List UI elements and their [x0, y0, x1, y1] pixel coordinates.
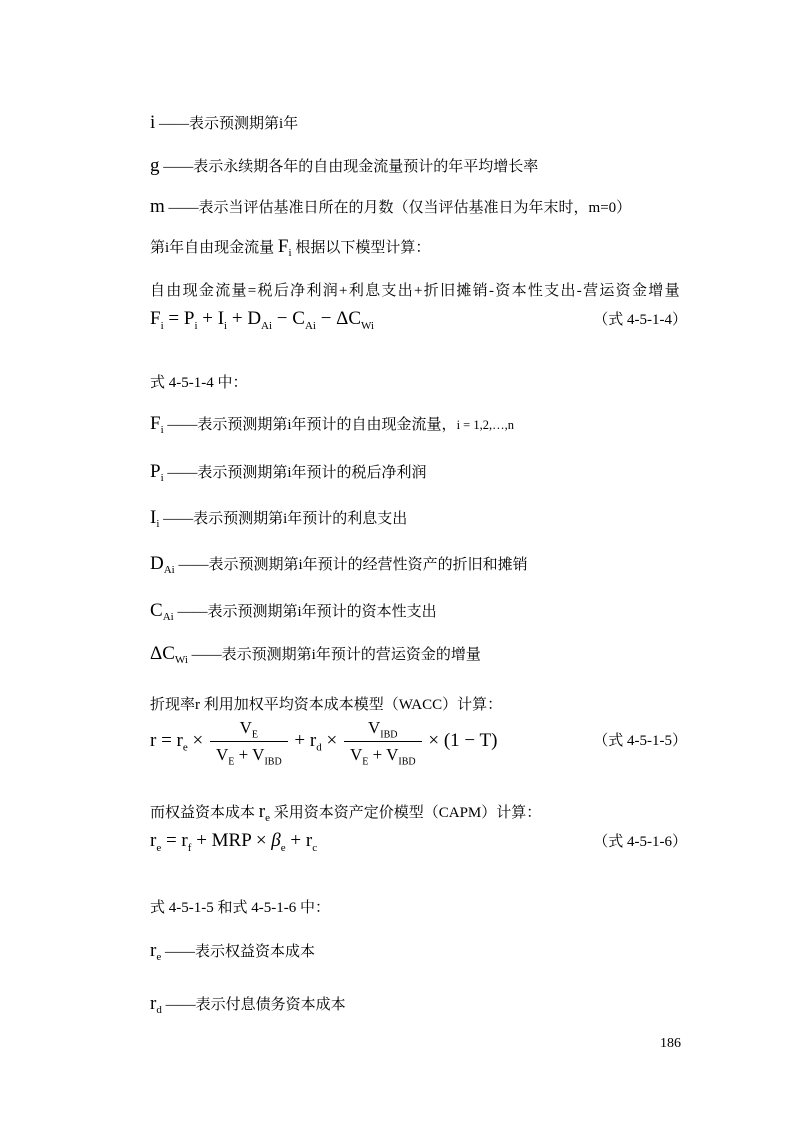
term-line-rd: rd ——表示付息债务资本成本: [150, 993, 687, 1016]
symbol: ΔC: [150, 643, 175, 664]
equation-label: （式 4-5-1-6）: [593, 831, 687, 853]
definition-text: ——表示预测期第i年预计的自由现金流量，: [164, 417, 457, 433]
symbol: P: [150, 461, 161, 482]
formula-term: + D: [227, 308, 261, 329]
formula-term: V: [252, 745, 264, 764]
formula-term: + I: [198, 308, 225, 329]
term-line-dCWi: ΔCWi ——表示预测期第i年预计的营运资金的增量: [150, 643, 687, 666]
intro-text: 折现率r 利用加权平均资本成本模型（WACC）计算：: [150, 697, 502, 713]
fraction-numerator: VIBD: [344, 717, 422, 742]
subscript: Wi: [361, 320, 374, 332]
equation-label: （式 4-5-1-4）: [593, 309, 687, 331]
definition-text: ——表示付息债务资本成本: [162, 997, 346, 1013]
symbol: F: [278, 236, 289, 257]
reference-text: 式 4-5-1-4 中：: [150, 375, 248, 391]
formula-4-5-1-4-reference-line: 式 4-5-1-4 中：: [150, 372, 687, 394]
definition-text: ——表示预测期第i年预计的税后净利润: [164, 465, 427, 481]
fraction-numerator: VE: [210, 717, 288, 742]
formula-expression: r = re × VEVE + VIBD + rd × VIBDVE + VIB…: [150, 717, 497, 766]
intro-text: 采用资本资产定价模型（CAPM）计算：: [270, 805, 541, 821]
symbol: F: [150, 413, 161, 434]
equation-label: （式 4-5-1-5）: [593, 730, 687, 752]
definition-text: ——表示权益资本成本: [161, 944, 315, 960]
plus-sign: +: [368, 745, 386, 764]
fcf-definition-line: 自由现金流量=税后净利润+利息支出+折旧摊销-资本性支出-营运资金增量: [150, 280, 687, 302]
index-range-text: i = 1,2,…,n: [457, 418, 514, 432]
formula-expression: Fi = Pi + Ii + DAi − CAi − ΔCWi: [150, 308, 374, 330]
definition-text: ——表示永续期各年的自由现金流量预计的年平均增长率: [160, 159, 539, 175]
term-line-Ii: Ii ——表示预测期第i年预计的利息支出: [150, 507, 687, 530]
document-page: i ——表示预测期第i年 g ——表示永续期各年的自由现金流量预计的年平均增长率…: [0, 0, 793, 1122]
definition-text: ——表示当评估基准日所在的月数（仅当评估基准日为年末时，m=0）: [165, 200, 631, 216]
subscript: Ai: [305, 320, 316, 332]
formula-term: r = r: [150, 729, 183, 750]
definition-text: ——表示预测期第i年预计的利息支出: [159, 511, 407, 527]
subscript: Ai: [261, 320, 272, 332]
subscript: Ai: [164, 564, 175, 576]
term-line-m: m ——表示当评估基准日所在的月数（仅当评估基准日为年末时，m=0）: [150, 196, 687, 219]
reference-text: 式 4-5-1-5 和式 4-5-1-6 中：: [150, 900, 330, 916]
definition-text: ——表示预测期第i年预计的营运资金的增量: [188, 647, 481, 663]
intro-text: 根据以下模型计算：: [292, 240, 431, 256]
term-line-i: i ——表示预测期第i年: [150, 112, 687, 135]
fcf-model-intro-line: 第i年自由现金流量 Fi 根据以下模型计算：: [150, 236, 687, 259]
subscript: IBD: [398, 756, 415, 767]
term-line-CAi: CAi ——表示预测期第i年预计的资本性支出: [150, 600, 687, 623]
term-line-g: g ——表示永续期各年的自由现金流量预计的年平均增长率: [150, 155, 687, 178]
symbol: g: [150, 155, 160, 176]
subscript: Ai: [163, 611, 174, 623]
formula-term: V: [216, 745, 228, 764]
multiply-sign: ×: [424, 729, 444, 750]
tax-factor-term: (1 − T): [444, 729, 498, 750]
term-line-Pi: Pi ——表示预测期第i年预计的税后净利润: [150, 461, 687, 484]
formula-term: = r: [161, 830, 188, 851]
symbol: D: [150, 553, 164, 574]
fraction-debt-weight: VIBDVE + VIBD: [344, 717, 422, 766]
formula-term: − ΔC: [316, 308, 361, 329]
intro-text: 而权益资本成本: [150, 805, 259, 821]
formula-term: + r: [290, 729, 317, 750]
plus-sign: +: [234, 745, 252, 764]
page-number: 186: [660, 1036, 681, 1052]
definition-text: ——表示预测期第i年: [155, 116, 298, 132]
capm-intro-line: 而权益资本成本 re 采用资本资产定价模型（CAPM）计算：: [150, 801, 687, 824]
fraction-denominator: VE + VIBD: [210, 742, 288, 766]
formula-expression: re = rf + MRP × βe + rc: [150, 830, 317, 852]
formula-term: − C: [272, 308, 305, 329]
subscript: c: [312, 842, 317, 854]
intro-text: 第i年自由现金流量: [150, 240, 278, 256]
formula-term: V: [350, 745, 362, 764]
fraction-equity-weight: VEVE + VIBD: [210, 717, 288, 766]
term-line-re: re ——表示权益资本成本: [150, 940, 687, 963]
symbol: C: [150, 600, 163, 621]
term-line-DAi: DAi ——表示预测期第i年预计的经营性资产的折旧和摊销: [150, 553, 687, 576]
term-line-Fi: Fi ——表示预测期第i年预计的自由现金流量，i = 1,2,…,n: [150, 413, 687, 436]
subscript: Wi: [175, 654, 188, 666]
formula-term: V: [386, 745, 398, 764]
definition-text: 自由现金流量=税后净利润+利息支出+折旧摊销-资本性支出-营运资金增量: [150, 283, 681, 299]
fraction-denominator: VE + VIBD: [344, 742, 422, 766]
formula-term: + r: [286, 830, 313, 851]
subscript: IBD: [380, 729, 397, 740]
formula-4-5-1-6: re = rf + MRP × βe + rc （式 4-5-1-6）: [150, 830, 687, 853]
formula-term: + MRP ×: [191, 830, 271, 851]
formula-term: F: [150, 308, 161, 329]
definition-text: ——表示预测期第i年预计的经营性资产的折旧和摊销: [175, 557, 528, 573]
symbol: m: [150, 196, 165, 217]
formula-term: V: [240, 718, 252, 737]
multiply-sign: ×: [188, 729, 208, 750]
formula-4-5-1-5: r = re × VEVE + VIBD + rd × VIBDVE + VIB…: [150, 712, 687, 770]
formula-term: = P: [164, 308, 195, 329]
multiply-sign: ×: [322, 729, 342, 750]
subscript: E: [252, 729, 258, 740]
formula-reference-line-5-6: 式 4-5-1-5 和式 4-5-1-6 中：: [150, 897, 687, 919]
formula-4-5-1-4: Fi = Pi + Ii + DAi − CAi − ΔCWi （式 4-5-1…: [150, 308, 687, 331]
subscript: IBD: [264, 756, 281, 767]
beta-symbol: β: [271, 830, 280, 851]
formula-term: V: [368, 718, 380, 737]
definition-text: ——表示预测期第i年预计的资本性支出: [174, 604, 437, 620]
